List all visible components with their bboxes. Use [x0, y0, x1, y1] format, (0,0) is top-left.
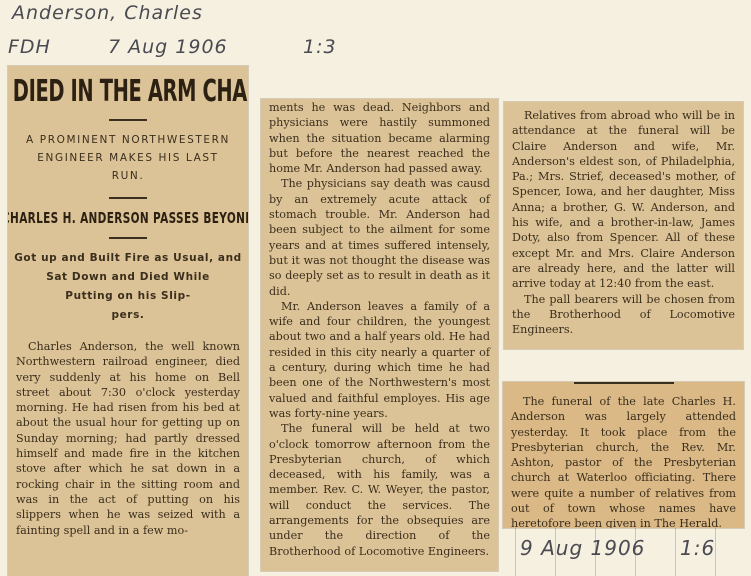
divider [109, 197, 147, 199]
headline: DIED IN THE ARM CHAIR [13, 74, 243, 109]
clipping-relatives: Relatives from abroad who will be in att… [504, 102, 743, 349]
article-body: Relatives from abroad who will be in att… [504, 102, 743, 337]
subheadline: A PROMINENT NORTHWESTERN ENGINEER MAKES … [8, 131, 248, 185]
divider [109, 237, 147, 239]
clipping-funeral-report: The funeral of the late Charles H. Ander… [503, 382, 744, 528]
article-body: The funeral of the late Charles H. Ander… [503, 384, 744, 528]
article-body: Charles Anderson, the well known Northwe… [8, 339, 248, 538]
clipping-continuation: ments he was dead. Neighbors and physici… [261, 99, 498, 571]
handwritten-date-bottom: 9 Aug 1906 [520, 536, 645, 560]
divider [109, 119, 147, 121]
handwritten-page-top: 1:3 [303, 36, 337, 58]
secondary-headline: CHARLES H. ANDERSON PASSES BEYOND [8, 209, 248, 227]
article-body: ments he was dead. Neighbors and physici… [261, 99, 498, 559]
deck: Got up and Built Fire as Usual, and Sat … [8, 249, 248, 325]
handwritten-page-bottom: 1:6 [680, 536, 715, 560]
handwritten-date-top: 7 Aug 1906 [108, 36, 228, 58]
handwritten-name: Anderson, Charles [12, 2, 203, 24]
handwritten-source: FDH [8, 36, 51, 58]
clipping-died-in-arm-chair: DIED IN THE ARM CHAIR A PROMINENT NORTHW… [8, 66, 248, 576]
